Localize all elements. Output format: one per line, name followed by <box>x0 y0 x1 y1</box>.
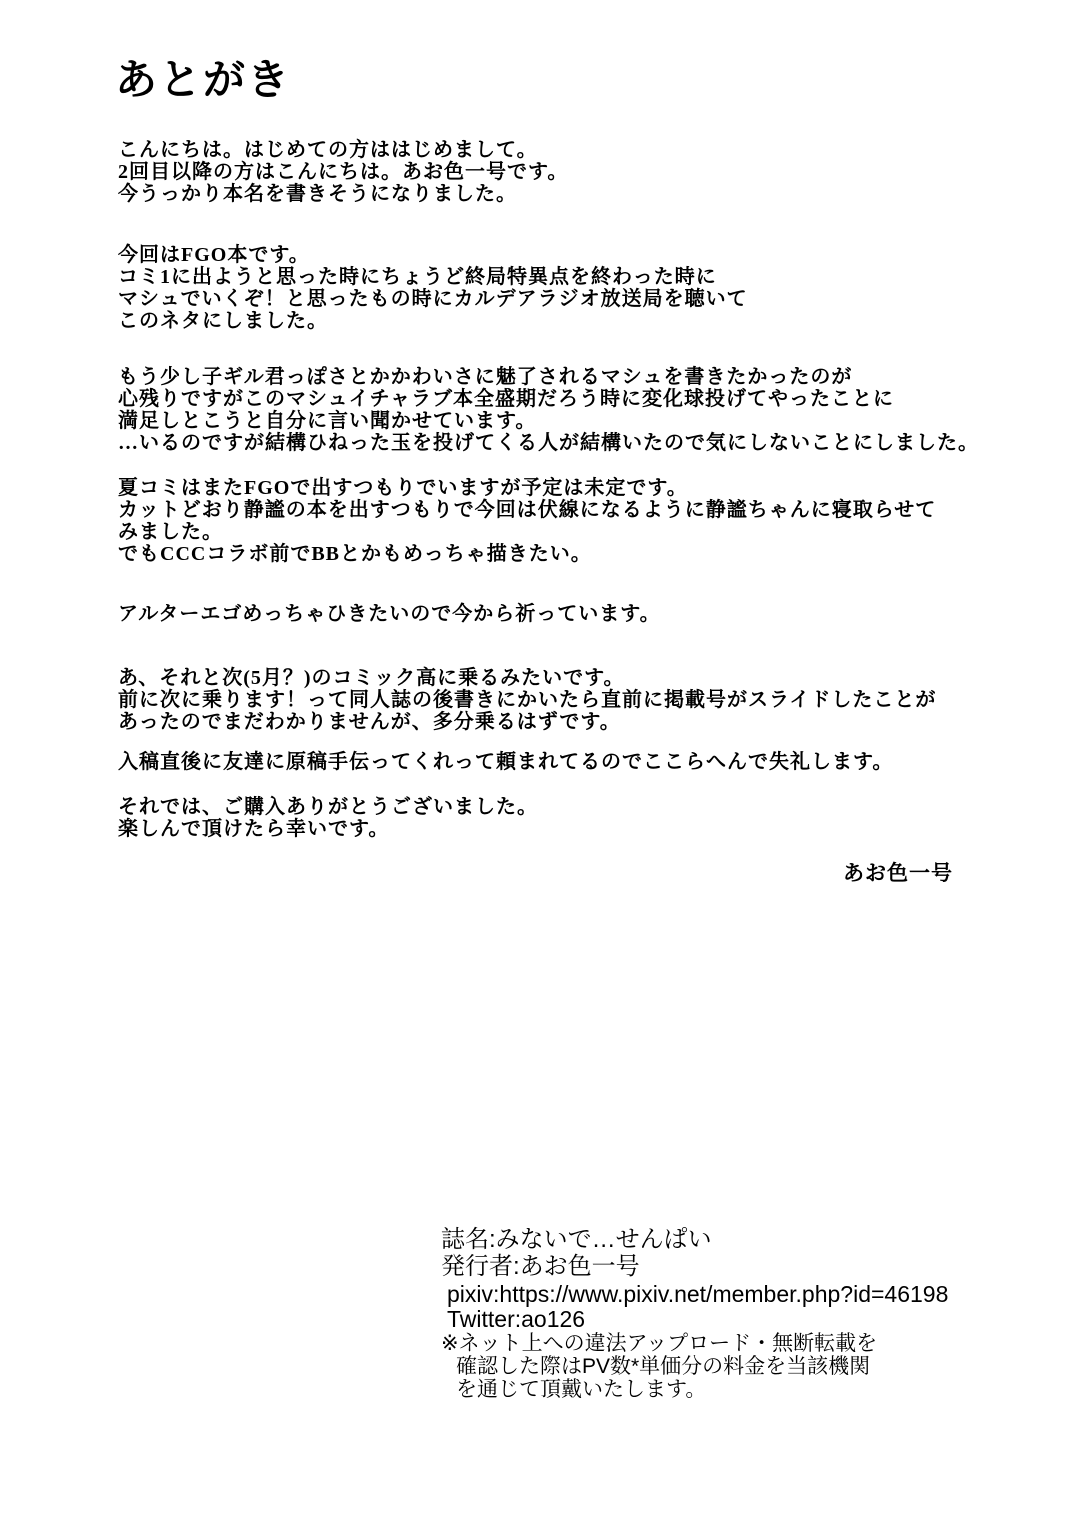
text-line: あ、それと次(5月？)のコミック高に乗るみたいです。 <box>118 667 936 689</box>
text-line: あったのでまだわかりませんが、多分乗るはずです。 <box>118 711 936 733</box>
afterword-paragraph: こんにちは。はじめての方ははじめまして。 2回目以降の方はこんにちは。あお色一号… <box>118 139 568 205</box>
text-line: 今回はFGO本です。 <box>118 244 748 266</box>
afterword-paragraph: 夏コミはまたFGOで出すつもりでいますが予定は未定です。 カットどおり静謐の本を… <box>118 477 936 565</box>
text-line: 前に次に乗ります！って同人誌の後書きにかいたら直前に掲載号がスライドしたことが <box>118 689 936 711</box>
colophon-publisher: 発行者:あお色一号 <box>441 1253 948 1281</box>
colophon: 誌名:みないで…せんぱい 発行者:あお色一号 pixiv:https://www… <box>441 1226 948 1401</box>
text-line: カットどおり静謐の本を出すつもりで今回は伏線になるように静謐ちゃんに寝取らせて <box>118 499 936 521</box>
text-line: マシュでいくぞ！と思ったもの時にカルデアラジオ放送局を聴いて <box>118 288 748 310</box>
afterword-paragraph: 入稿直後に友達に原稿手伝ってくれって頼まれてるのでここらへんで失礼します。 <box>118 751 893 773</box>
colophon-notice-line: を通じて頂戴いたします。 <box>441 1378 948 1401</box>
afterword-paragraph: 今回はFGO本です。 コミ1に出ようと思った時にちょうど終局特異点を終わった時に… <box>118 244 748 332</box>
colophon-pixiv-url: pixiv:https://www.pixiv.net/member.php?i… <box>441 1281 948 1307</box>
text-line: コミ1に出ようと思った時にちょうど終局特異点を終わった時に <box>118 266 748 288</box>
text-line: 夏コミはまたFGOで出すつもりでいますが予定は未定です。 <box>118 477 936 499</box>
text-line: このネタにしました。 <box>118 310 748 332</box>
author-signature: あお色一号 <box>843 860 953 886</box>
text-line: みました。 <box>118 521 936 543</box>
text-line: でもCCCコラボ前でBBとかもめっちゃ描きたい。 <box>118 543 936 565</box>
page-title: あとがき <box>115 56 291 106</box>
afterword-paragraph: アルターエゴめっちゃひきたいので今から祈っています。 <box>118 603 661 625</box>
text-line: 満足しとこうと自分に言い聞かせています。 <box>118 410 979 432</box>
text-line: 今うっかり本名を書きそうになりました。 <box>118 183 568 205</box>
text-line: …いるのですが結構ひねった玉を投げてくる人が結構いたので気にしないことにしました… <box>118 432 979 454</box>
colophon-twitter: Twitter:ao126 <box>441 1307 948 1332</box>
colophon-book-title: 誌名:みないで…せんぱい <box>441 1226 948 1253</box>
text-line: 2回目以降の方はこんにちは。あお色一号です。 <box>118 161 568 183</box>
text-line: 入稿直後に友達に原稿手伝ってくれって頼まれてるのでここらへんで失礼します。 <box>118 751 893 773</box>
afterword-paragraph: もう少し子ギル君っぽさとかかわいさに魅了されるマシュを書きたかったのが 心残りで… <box>118 366 979 454</box>
text-line: 心残りですがこのマシュイチャラブ本全盛期だろう時に変化球投げてやったことに <box>118 388 979 410</box>
afterword-page: あとがき こんにちは。はじめての方ははじめまして。 2回目以降の方はこんにちは。… <box>0 0 1075 1518</box>
text-line: アルターエゴめっちゃひきたいので今から祈っています。 <box>118 603 661 625</box>
afterword-paragraph: それでは、ご購入ありがとうございました。 楽しんで頂けたら幸いです。 <box>118 796 538 840</box>
text-line: 楽しんで頂けたら幸いです。 <box>118 818 538 840</box>
colophon-notice-line: 確認した際はPV数*単価分の料金を当該機関 <box>441 1355 948 1378</box>
afterword-paragraph: あ、それと次(5月？)のコミック高に乗るみたいです。 前に次に乗ります！って同人… <box>118 667 936 733</box>
text-line: もう少し子ギル君っぽさとかかわいさに魅了されるマシュを書きたかったのが <box>118 366 979 388</box>
text-line: こんにちは。はじめての方ははじめまして。 <box>118 139 568 161</box>
text-line: それでは、ご購入ありがとうございました。 <box>118 796 538 818</box>
colophon-notice-line: ※ネット上への違法アップロード・無断転載を <box>441 1332 948 1355</box>
